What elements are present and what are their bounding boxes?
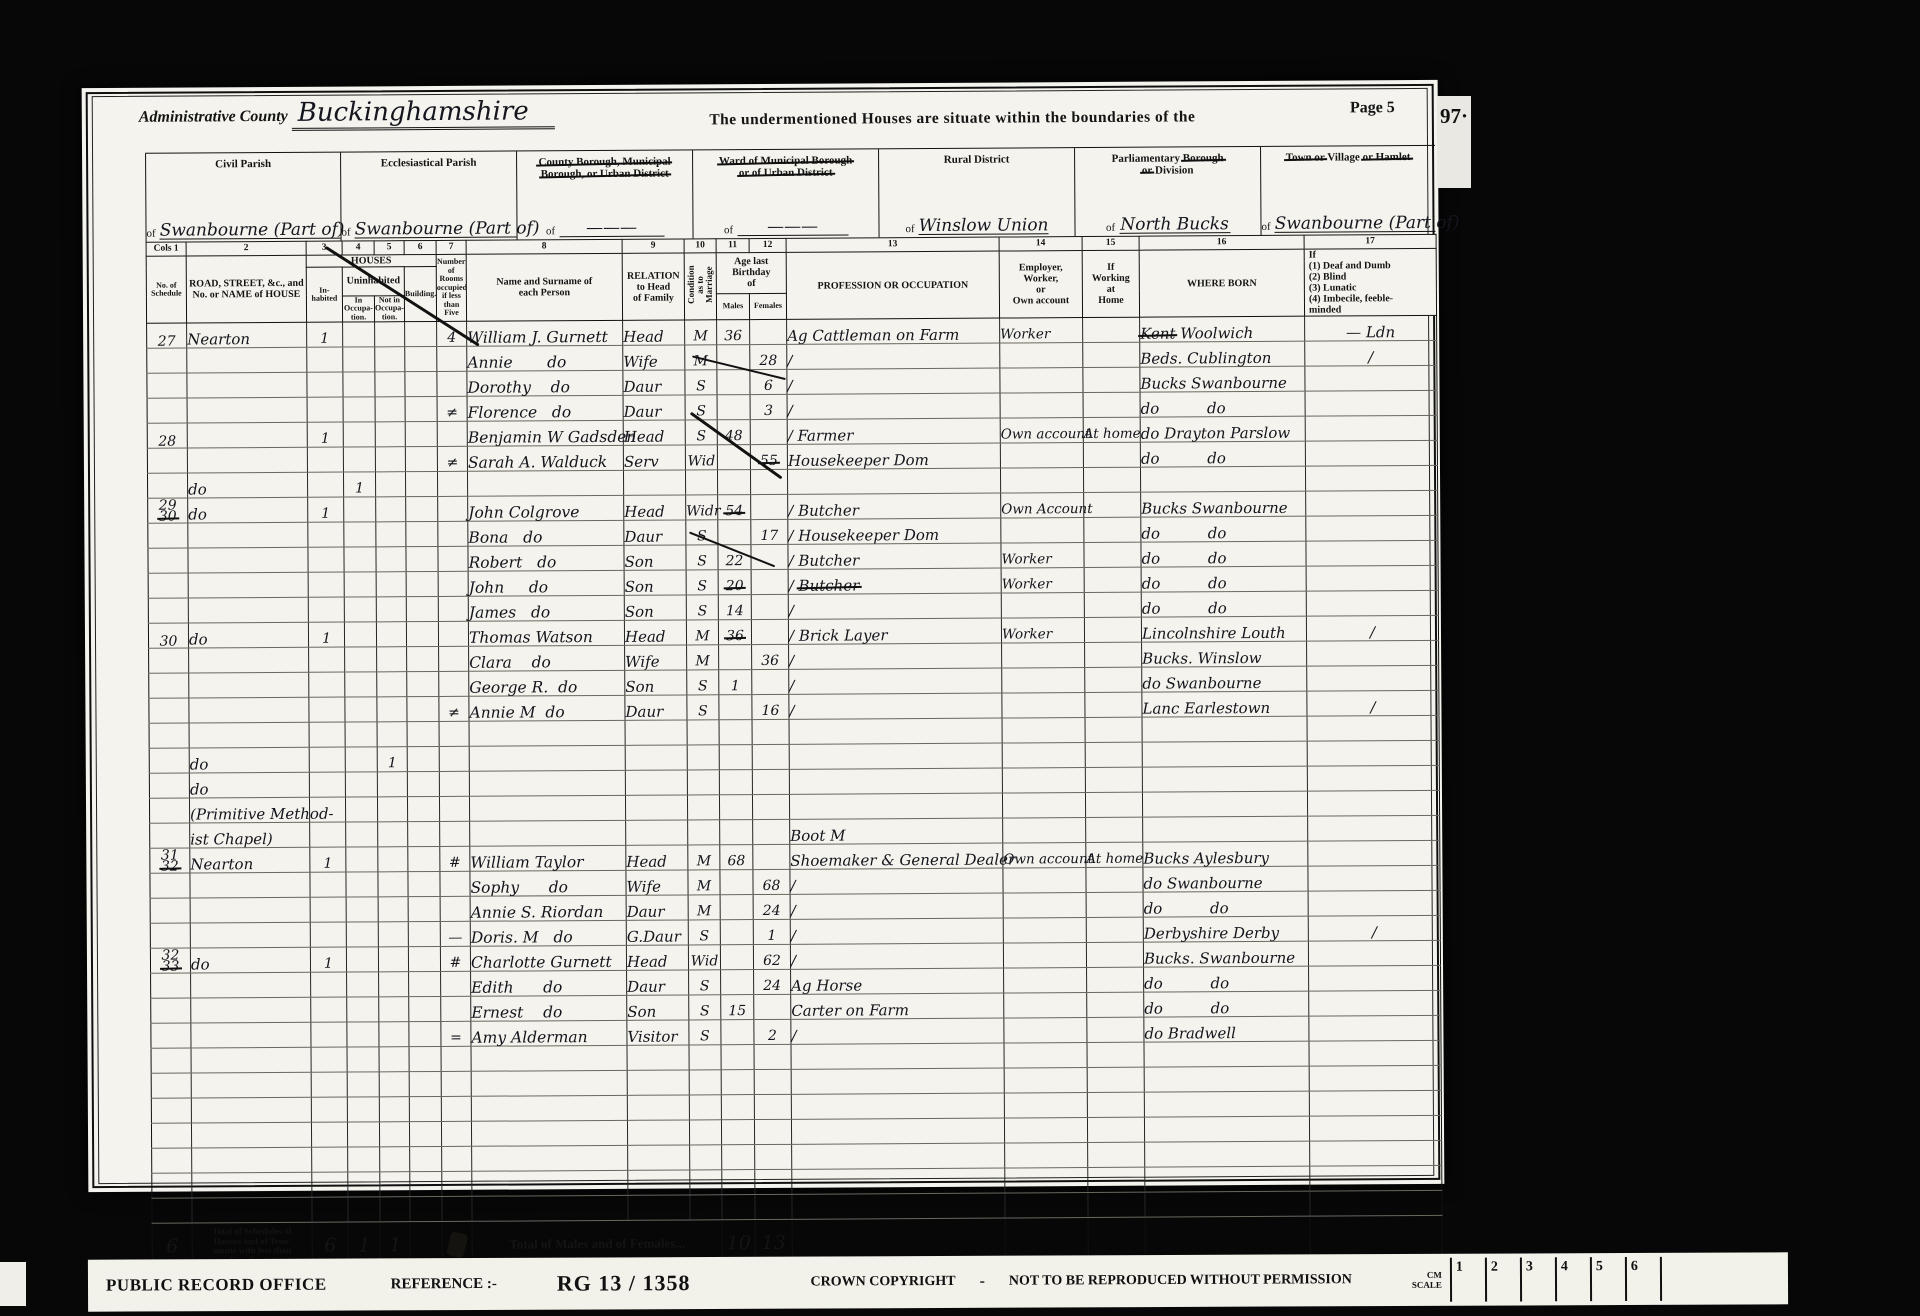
cell-born bbox=[1143, 816, 1308, 842]
cell-af bbox=[751, 544, 788, 569]
cell-home bbox=[1083, 467, 1140, 492]
box-label: Parliamentary Boroughor Division bbox=[1075, 152, 1260, 177]
cell-inh bbox=[309, 647, 345, 672]
cell-born bbox=[1145, 1191, 1310, 1217]
cell-af: 1 bbox=[753, 919, 790, 944]
cell-am bbox=[720, 945, 753, 970]
cell-cond bbox=[687, 770, 719, 795]
cell-home bbox=[1087, 1067, 1144, 1092]
box-label: Town or Village or Hamlet bbox=[1261, 151, 1435, 164]
cell-rel bbox=[627, 1045, 689, 1070]
cell-born: Bucks. Swanbourne bbox=[1143, 941, 1308, 967]
cell-inh bbox=[310, 872, 346, 897]
cell-am bbox=[719, 745, 752, 770]
cell-uno bbox=[377, 697, 407, 722]
header-in-occupation: InOccupa-tion. bbox=[342, 295, 374, 322]
cell-bld bbox=[408, 846, 440, 871]
cell-inh: 1 bbox=[310, 847, 346, 872]
page-number: Page 5 bbox=[1350, 95, 1413, 117]
cell-road bbox=[191, 1097, 311, 1123]
cell-bld bbox=[409, 1121, 441, 1146]
cell-rms bbox=[438, 571, 468, 596]
cell-occ bbox=[789, 768, 1002, 794]
cell-road bbox=[189, 672, 309, 698]
cell-inf bbox=[1306, 490, 1438, 516]
cell-cond bbox=[688, 820, 720, 845]
cell-home bbox=[1086, 867, 1143, 892]
cell-inf bbox=[1306, 540, 1438, 566]
cell-occ: / bbox=[788, 593, 1001, 619]
col-num: 16 bbox=[1139, 235, 1304, 250]
box-parliamentary: Parliamentary Boroughor Division ofNorth… bbox=[1075, 147, 1262, 236]
header-inhabited: In-habited bbox=[306, 267, 342, 322]
cell-uo bbox=[344, 522, 376, 547]
cell-emp bbox=[1002, 793, 1085, 819]
folio-number: 97· bbox=[1437, 96, 1471, 188]
cell-road bbox=[190, 872, 310, 898]
cell-inf: / bbox=[1305, 340, 1437, 366]
cell-af bbox=[750, 419, 787, 444]
cell-bld bbox=[410, 1196, 442, 1221]
cell-occ bbox=[787, 468, 1000, 494]
cell-s: 3132 bbox=[150, 848, 190, 873]
box-value: Swanbourne (Part of) bbox=[160, 222, 341, 240]
cell-uo bbox=[348, 1197, 380, 1222]
cell-s bbox=[149, 648, 189, 673]
cell-af bbox=[755, 1194, 792, 1219]
cell-road bbox=[187, 347, 307, 373]
cell-name: Bona do bbox=[468, 520, 624, 546]
cell-name bbox=[467, 470, 623, 496]
cell-uo bbox=[345, 722, 377, 747]
cell-occ bbox=[792, 1143, 1005, 1169]
cell-rms: ≠ bbox=[437, 396, 467, 421]
cell-born bbox=[1142, 791, 1307, 817]
cell-bld bbox=[408, 946, 440, 971]
cell-road bbox=[191, 1047, 311, 1073]
cell-uo bbox=[345, 672, 377, 697]
cell-am bbox=[717, 445, 750, 470]
cell-name bbox=[471, 1070, 627, 1096]
cell-home: At home bbox=[1086, 842, 1143, 867]
cell-occ: / Butcher bbox=[788, 568, 1001, 594]
cell-s bbox=[147, 448, 187, 473]
cell-inf bbox=[1305, 415, 1437, 441]
cell-emp: Own account bbox=[1000, 418, 1083, 444]
cell-born bbox=[1140, 466, 1305, 492]
box-civil-parish: Civil Parish ofSwanbourne (Part of) bbox=[145, 153, 342, 242]
cell-bld bbox=[408, 896, 440, 921]
cell-name bbox=[472, 1145, 628, 1171]
cell-occ: / Butcher bbox=[788, 543, 1001, 569]
cell-inf: — Ldn bbox=[1305, 315, 1437, 341]
cell-born bbox=[1142, 716, 1307, 742]
cell-uo bbox=[346, 897, 378, 922]
cell-uo bbox=[343, 422, 375, 447]
col-num: 14 bbox=[999, 237, 1082, 252]
cell-rel: Son bbox=[624, 545, 686, 570]
cell-rms bbox=[438, 621, 468, 646]
cell-rel: Wife bbox=[623, 345, 685, 370]
col-num: 15 bbox=[1082, 236, 1139, 250]
cell-home bbox=[1088, 1192, 1145, 1217]
cell-name: Annie S. Riordan bbox=[470, 895, 626, 921]
cell-bld bbox=[406, 571, 438, 596]
cell-am: 36 bbox=[717, 320, 750, 345]
cell-rel bbox=[625, 745, 687, 770]
cell-rms bbox=[441, 1121, 471, 1146]
cell-rms bbox=[440, 871, 470, 896]
cell-uno bbox=[375, 347, 405, 372]
cell-inf bbox=[1309, 1040, 1441, 1066]
cell-born: do Swanbourne bbox=[1143, 866, 1308, 892]
cell-uo bbox=[343, 447, 375, 472]
cell-born bbox=[1142, 741, 1307, 767]
cell-road bbox=[190, 897, 310, 923]
cell-name: John Colgrove bbox=[468, 495, 624, 521]
cell-name: Florence do bbox=[467, 395, 623, 421]
cell-born bbox=[1145, 1166, 1310, 1192]
cell-road bbox=[187, 372, 307, 398]
cell-bld bbox=[409, 1046, 441, 1071]
cell-inf bbox=[1307, 640, 1439, 666]
cell-emp bbox=[1004, 1043, 1087, 1069]
cell-born bbox=[1144, 1066, 1309, 1092]
cell-emp bbox=[1002, 743, 1085, 769]
cell-rel bbox=[628, 1195, 690, 1220]
cell-name: Ernest do bbox=[471, 995, 627, 1021]
cell-inh bbox=[310, 822, 346, 847]
cell-am bbox=[720, 870, 753, 895]
box-value: Swanbourne (Part of) bbox=[1275, 215, 1436, 233]
cell-rel: Daur bbox=[627, 970, 689, 995]
cell-rel: Daur bbox=[623, 370, 685, 395]
cell-road: do bbox=[189, 747, 309, 773]
cell-s bbox=[151, 973, 191, 998]
cell-home bbox=[1086, 917, 1143, 942]
cell-cond: S bbox=[685, 370, 717, 395]
cell-af bbox=[752, 794, 789, 819]
cell-s bbox=[148, 598, 188, 623]
cell-uo bbox=[344, 497, 376, 522]
census-sheet: Administrative County Buckinghamshire Th… bbox=[82, 80, 1445, 1192]
cell-emp bbox=[1002, 768, 1085, 794]
cell-occ: Ag Horse bbox=[791, 968, 1004, 994]
cell-am: 1 bbox=[719, 670, 752, 695]
cell-occ: / Brick Layer bbox=[788, 618, 1001, 644]
cell-road bbox=[187, 422, 307, 448]
cell-rms: # bbox=[440, 946, 470, 971]
cell-home bbox=[1084, 592, 1141, 617]
cell-rms bbox=[439, 746, 469, 771]
box-value: ——— bbox=[559, 220, 664, 238]
cell-inh: 1 bbox=[307, 422, 343, 447]
cell-rel bbox=[625, 720, 687, 745]
cell-home: At home bbox=[1083, 417, 1140, 442]
cell-inh bbox=[311, 1022, 347, 1047]
cell-home bbox=[1084, 617, 1141, 642]
cell-road bbox=[188, 547, 308, 573]
cell-inf: / bbox=[1308, 915, 1440, 941]
ruler-mark: 3 bbox=[1522, 1257, 1557, 1301]
cell-emp bbox=[1001, 518, 1084, 544]
cell-bld bbox=[408, 821, 440, 846]
cell-born: Lincolnshire Louth bbox=[1141, 616, 1306, 642]
cell-name: Benjamin W Gadsden bbox=[467, 420, 623, 446]
ruler-mark: 2 bbox=[1487, 1257, 1522, 1301]
col-num: 8 bbox=[466, 239, 622, 254]
cell-born: do do bbox=[1141, 541, 1306, 567]
cell-rms bbox=[442, 1171, 472, 1196]
cell-af bbox=[755, 1169, 792, 1194]
cell-rms bbox=[441, 996, 471, 1021]
cell-am bbox=[721, 1120, 754, 1145]
cell-uno bbox=[375, 397, 405, 422]
cell-bld bbox=[407, 646, 439, 671]
cell-road bbox=[192, 1172, 312, 1198]
cell-af bbox=[751, 619, 788, 644]
cell-uno bbox=[375, 447, 405, 472]
table-header: Cols 1 2 3 4 5 6 7 8 9 10 11 12 13 14 bbox=[146, 234, 1436, 323]
cell-born: do do bbox=[1141, 566, 1306, 592]
cell-uno bbox=[375, 422, 405, 447]
cell-name bbox=[471, 1045, 627, 1071]
cell-rel bbox=[628, 1145, 690, 1170]
cell-occ bbox=[792, 1193, 1005, 1219]
cell-uno bbox=[378, 822, 408, 847]
cell-s bbox=[149, 798, 189, 823]
cell-occ: / bbox=[787, 368, 1000, 394]
cell-inh: 1 bbox=[310, 947, 346, 972]
cell-emp bbox=[1000, 343, 1083, 369]
cell-am bbox=[722, 1195, 755, 1220]
cell-am: 54 bbox=[718, 495, 751, 520]
cell-occ: Boot M bbox=[790, 818, 1003, 844]
cell-rms: ≠ bbox=[437, 446, 467, 471]
cell-inh bbox=[308, 572, 344, 597]
cell-emp: Worker bbox=[1001, 618, 1084, 644]
cell-am: 14 bbox=[718, 595, 751, 620]
cell-s bbox=[151, 998, 191, 1023]
cell-uno bbox=[375, 472, 405, 497]
cell-rel: Daur bbox=[623, 395, 685, 420]
cell-am bbox=[719, 795, 752, 820]
cell-rms bbox=[441, 1096, 471, 1121]
cell-road bbox=[191, 1022, 311, 1048]
cell-uno bbox=[377, 722, 407, 747]
cell-road bbox=[189, 647, 309, 673]
cell-rms bbox=[439, 721, 469, 746]
cell-s bbox=[151, 1048, 191, 1073]
cell-born: do do bbox=[1140, 391, 1305, 417]
cell-s bbox=[150, 898, 190, 923]
cell-s bbox=[151, 1073, 191, 1098]
cell-bld bbox=[409, 1071, 441, 1096]
cell-home bbox=[1083, 442, 1140, 467]
of-label: of bbox=[724, 224, 733, 236]
cell-bld bbox=[407, 696, 439, 721]
cell-emp bbox=[1002, 668, 1085, 694]
cell-cond bbox=[689, 1095, 721, 1120]
pro-office-label: PUBLIC RECORD OFFICE bbox=[106, 1275, 327, 1296]
cell-home bbox=[1087, 992, 1144, 1017]
cell-born: Bucks. Winslow bbox=[1142, 641, 1307, 667]
cell-af bbox=[753, 844, 790, 869]
cell-am bbox=[721, 1020, 754, 1045]
cell-occ: / Butcher bbox=[788, 493, 1001, 519]
cell-uo bbox=[344, 547, 376, 572]
cell-occ: / bbox=[790, 868, 1003, 894]
cell-inf bbox=[1307, 790, 1439, 816]
box-ward: Ward of Municipal Boroughor of Urban Dis… bbox=[693, 149, 880, 238]
reference-number: RG 13 / 1358 bbox=[557, 1270, 691, 1297]
cell-occ bbox=[789, 743, 1002, 769]
cell-uno: 1 bbox=[377, 747, 407, 772]
cell-bld bbox=[410, 1171, 442, 1196]
cell-rel: Wife bbox=[625, 645, 687, 670]
cell-s bbox=[149, 723, 189, 748]
cell-rms bbox=[441, 1046, 471, 1071]
cell-emp: Worker bbox=[1001, 568, 1084, 594]
cell-rel bbox=[627, 1095, 689, 1120]
cell-name bbox=[469, 745, 625, 771]
cell-cond bbox=[685, 470, 717, 495]
cell-name: Thomas Watson bbox=[468, 620, 624, 646]
cell-rms bbox=[437, 471, 467, 496]
cell-inf bbox=[1306, 590, 1438, 616]
cell-am bbox=[721, 1095, 754, 1120]
cell-road: Nearton bbox=[187, 322, 307, 348]
cell-road: (Primitive Method- bbox=[189, 797, 309, 823]
cell-am bbox=[719, 645, 752, 670]
cell-home bbox=[1085, 642, 1142, 667]
header-where-born: WHERE BORN bbox=[1139, 249, 1304, 317]
cell-emp bbox=[1003, 943, 1086, 969]
cell-road bbox=[188, 522, 308, 548]
cell-rms bbox=[438, 521, 468, 546]
cell-emp bbox=[1004, 1018, 1087, 1044]
district-boxes: Civil Parish ofSwanbourne (Part of) Eccl… bbox=[145, 145, 1436, 242]
cell-uno bbox=[378, 897, 408, 922]
header-infirmity: If(1) Deaf and Dumb(2) Blind(3) Lunatic(… bbox=[1304, 248, 1436, 316]
cell-am bbox=[718, 520, 751, 545]
cell-emp: Own account bbox=[1003, 843, 1086, 869]
cell-inf bbox=[1307, 715, 1439, 741]
cell-inh bbox=[311, 1122, 347, 1147]
cell-name: James do bbox=[468, 595, 624, 621]
cell-road: do bbox=[188, 497, 308, 523]
cell-am bbox=[719, 720, 752, 745]
cell-af: 28 bbox=[750, 344, 787, 369]
top-band: Administrative County Buckinghamshire Th… bbox=[93, 89, 1427, 153]
reference-label: REFERENCE :- bbox=[391, 1275, 497, 1292]
cell-name: Amy Alderman bbox=[471, 1020, 627, 1046]
cell-name: Edith do bbox=[471, 970, 627, 996]
cell-occ: / bbox=[790, 943, 1003, 969]
cell-born: Derbyshire Derby bbox=[1143, 916, 1308, 942]
box-label: County Borough, MunicipalBorough, or Urb… bbox=[517, 155, 692, 180]
cell-am bbox=[717, 370, 750, 395]
cell-rel bbox=[623, 470, 685, 495]
cell-s: 27 bbox=[147, 323, 187, 348]
cell-occ: / bbox=[789, 693, 1002, 719]
cell-bld bbox=[406, 621, 438, 646]
header-profession: PROFESSION OR OCCUPATION bbox=[786, 251, 999, 319]
cell-am bbox=[717, 470, 750, 495]
cell-am: 68 bbox=[720, 845, 753, 870]
cell-occ: Ag Cattleman on Farm bbox=[787, 318, 1000, 344]
cell-uno bbox=[378, 922, 408, 947]
cell-af bbox=[750, 469, 787, 494]
cell-born bbox=[1144, 1116, 1309, 1142]
cell-uno bbox=[379, 1022, 409, 1047]
cell-inf bbox=[1310, 1190, 1442, 1216]
cell-uo bbox=[345, 747, 377, 772]
cell-rel: Son bbox=[627, 995, 689, 1020]
cell-rel bbox=[628, 1170, 690, 1195]
cell-emp bbox=[1003, 918, 1086, 944]
cell-cond: Wid bbox=[685, 445, 717, 470]
cell-rel: Serv bbox=[623, 445, 685, 470]
col-num: 5 bbox=[374, 241, 404, 255]
cell-name bbox=[469, 795, 625, 821]
cell-emp bbox=[1003, 893, 1086, 919]
cell-cond bbox=[689, 1045, 721, 1070]
cell-rms bbox=[439, 796, 469, 821]
cell-am bbox=[721, 970, 754, 995]
cell-af: 16 bbox=[752, 694, 789, 719]
cell-rel: Visitor bbox=[627, 1020, 689, 1045]
cell-cond: S bbox=[686, 545, 718, 570]
cell-born: Kent Woolwich bbox=[1140, 316, 1305, 342]
admin-county-label: Administrative County bbox=[139, 108, 288, 126]
cell-born: Lanc Earlestown bbox=[1142, 691, 1307, 717]
cell-rms bbox=[442, 1196, 472, 1221]
cell-uno bbox=[378, 872, 408, 897]
cell-inf bbox=[1309, 1065, 1441, 1091]
cell-occ bbox=[791, 1043, 1004, 1069]
copyright-label: CROWN COPYRIGHT bbox=[810, 1274, 955, 1291]
cell-home bbox=[1083, 367, 1140, 392]
cell-af: 2 bbox=[754, 1019, 791, 1044]
cell-af bbox=[753, 819, 790, 844]
of-label: of bbox=[1261, 221, 1270, 233]
cell-rel: Head bbox=[626, 845, 688, 870]
cell-born: do do bbox=[1141, 516, 1306, 542]
cell-s bbox=[148, 523, 188, 548]
cell-af: 3 bbox=[750, 394, 787, 419]
cell-s: 2930 bbox=[148, 498, 188, 523]
cell-uno bbox=[378, 847, 408, 872]
col-num: 10 bbox=[684, 239, 716, 253]
cell-home bbox=[1085, 742, 1142, 767]
cell-inf bbox=[1307, 740, 1439, 766]
cell-inh: 1 bbox=[307, 322, 343, 347]
header-schedule: No. ofSchedule bbox=[146, 256, 186, 323]
cell-inf bbox=[1310, 1140, 1442, 1166]
cell-cond: M bbox=[686, 620, 718, 645]
cell-uno bbox=[377, 772, 407, 797]
cell-uo bbox=[344, 572, 376, 597]
header-at-home: IfWorkingatHome bbox=[1082, 250, 1139, 317]
of-label: of bbox=[905, 223, 914, 235]
cell-born: do do bbox=[1140, 441, 1305, 467]
cell-emp bbox=[1005, 1193, 1088, 1219]
cell-uo bbox=[343, 397, 375, 422]
cell-rms bbox=[441, 971, 471, 996]
cell-home bbox=[1087, 1017, 1144, 1042]
cell-cond bbox=[689, 1120, 721, 1145]
